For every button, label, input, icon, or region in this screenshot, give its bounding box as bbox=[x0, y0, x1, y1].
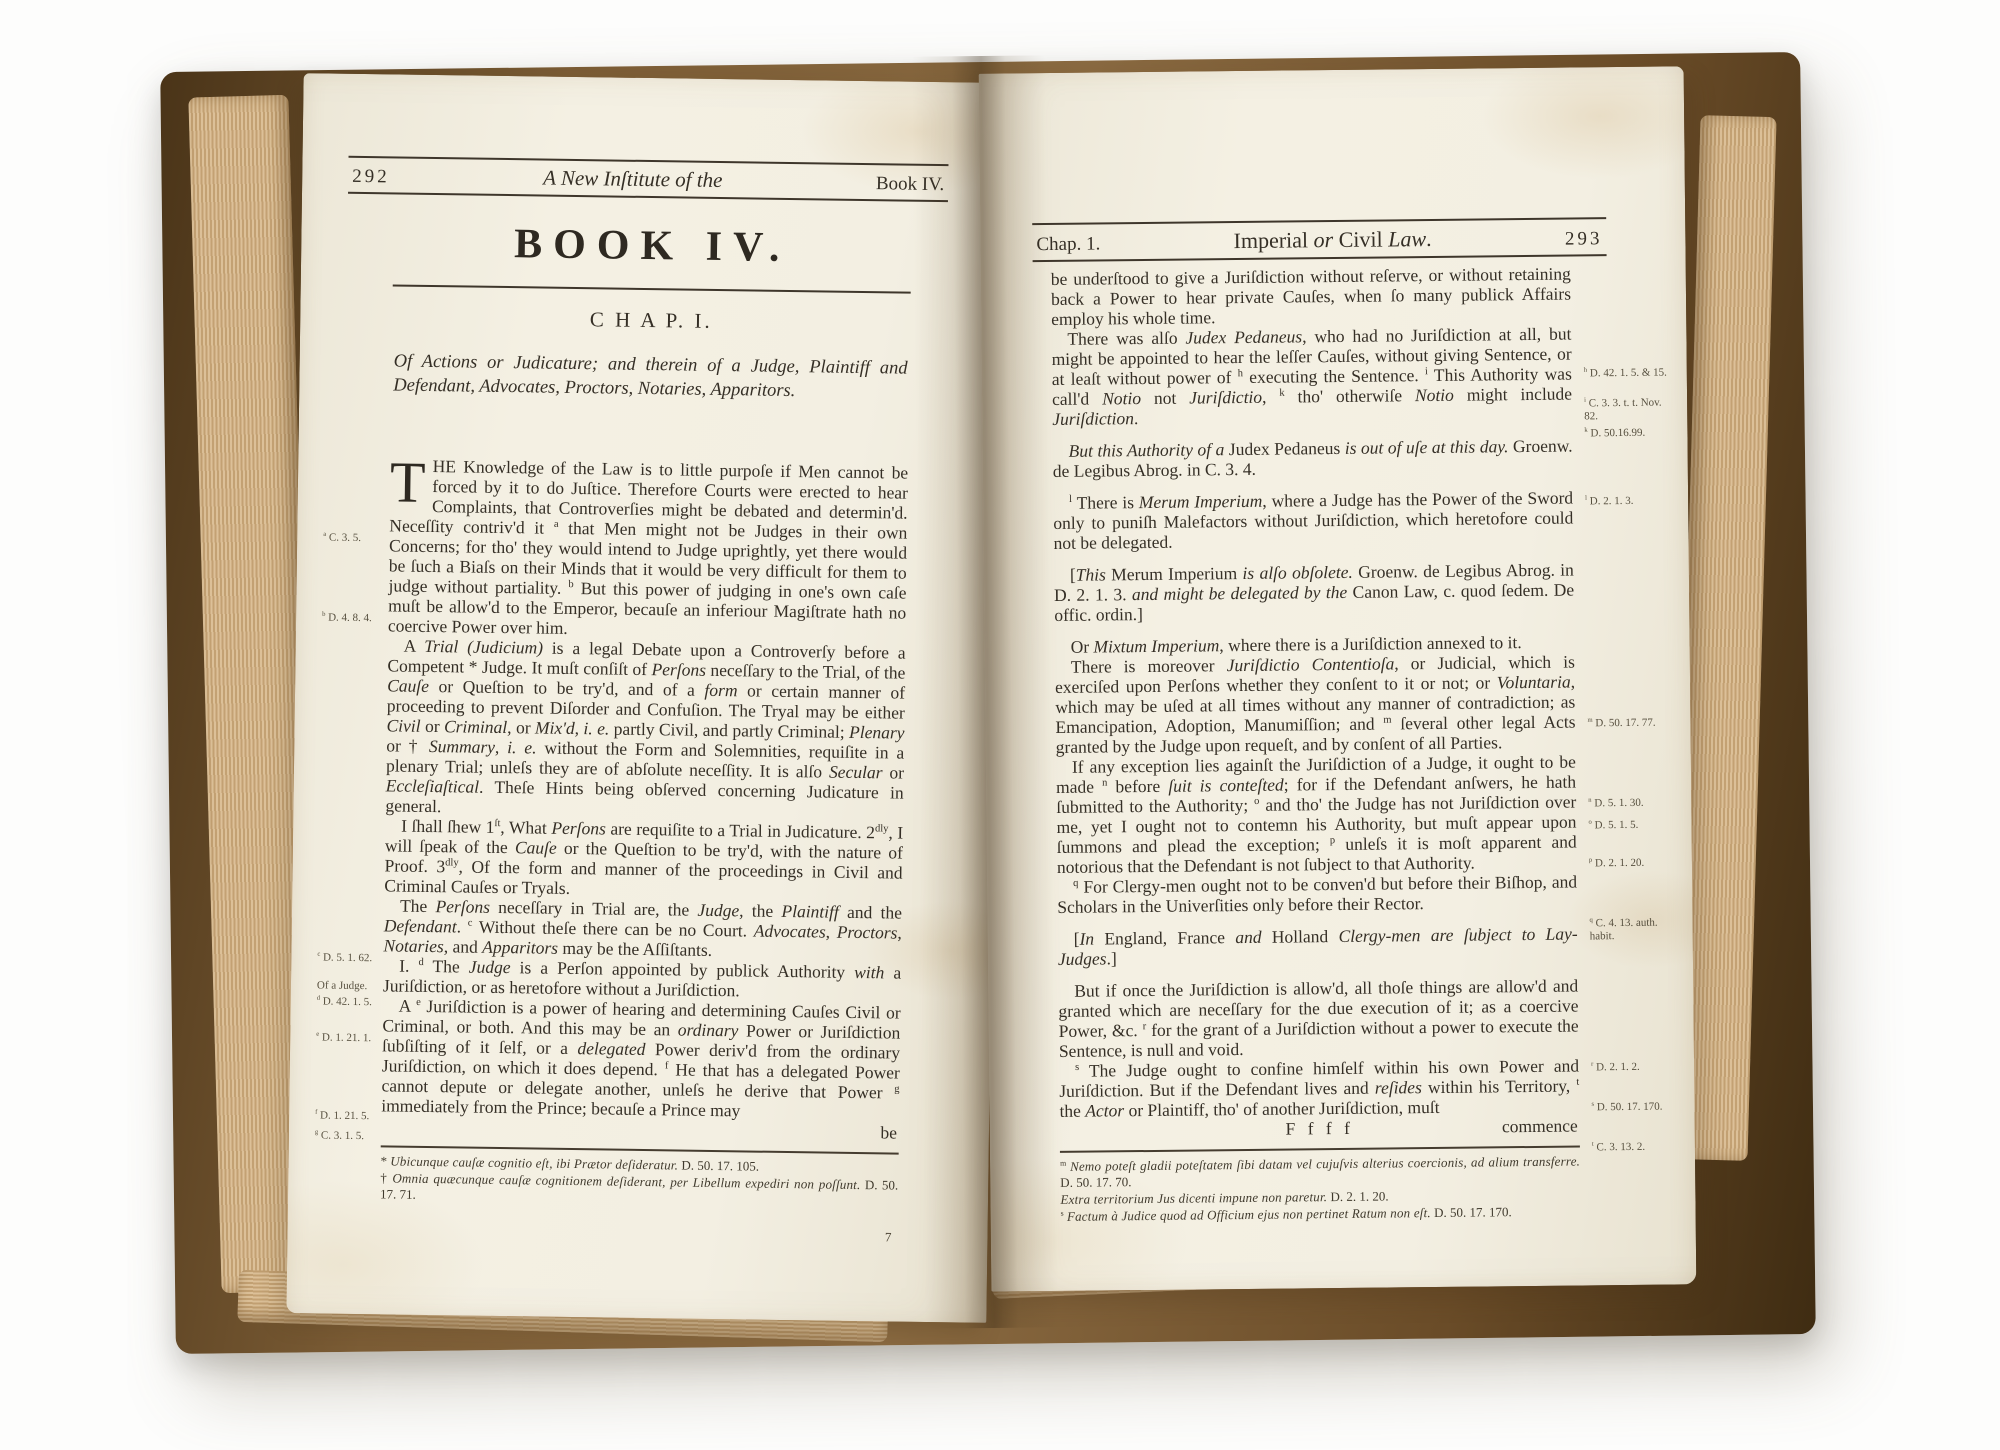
paragraph: A Trial (Judicium) is a legal Debate upo… bbox=[385, 635, 905, 822]
drop-cap: T bbox=[390, 457, 426, 511]
margin-note: l D. 2. 1. 3. bbox=[1585, 494, 1673, 508]
signature-row: F f f f commence bbox=[1060, 1115, 1580, 1140]
margin-note: o D. 5. 1. 5. bbox=[1588, 818, 1676, 832]
press-figure: 7 bbox=[885, 1229, 892, 1245]
right-chapter-label: Chap. 1. bbox=[1036, 233, 1100, 256]
book-title: BOOK IV. bbox=[393, 218, 912, 273]
paragraph: If any exception lies againſt the Juriſd… bbox=[1056, 752, 1577, 877]
book-photograph: 292 A New Inſtitute of the Book IV. a C.… bbox=[0, 0, 2000, 1450]
footnote-block: m Nemo poteſt gladii poteſtatem ſibi dat… bbox=[1060, 1145, 1581, 1224]
paragraph: l There is Merum Imperium, where a Judge… bbox=[1053, 488, 1574, 553]
left-page: 292 A New Inſtitute of the Book IV. a C.… bbox=[286, 73, 1003, 1323]
margin-note: c D. 5. 1. 62. bbox=[317, 951, 379, 965]
margin-note: b D. 4. 8. 4. bbox=[322, 611, 384, 625]
right-running-title: Imperial or Civil Law. bbox=[1233, 226, 1431, 254]
left-page-number: 292 bbox=[352, 166, 390, 189]
margin-note: h D. 42. 1. 5. & 15. bbox=[1584, 366, 1672, 380]
margin-note: e D. 1. 21. 1. bbox=[316, 1031, 378, 1045]
paragraph: q For Clergy-men ought not to be conven'… bbox=[1057, 872, 1577, 917]
paragraph: There was alſo Judex Pedaneus, who had n… bbox=[1051, 324, 1572, 429]
margin-note: m D. 50. 17. 77. bbox=[1587, 716, 1675, 730]
margin-note: r D. 2. 1. 2. bbox=[1591, 1060, 1679, 1074]
margin-note: q C. 4. 13. auth. habit. bbox=[1590, 916, 1678, 943]
paragraph: There is moreover Juriſdictio Contentioſ… bbox=[1055, 652, 1576, 757]
paragraph: But if once the Juriſdiction is allow'd,… bbox=[1058, 975, 1579, 1060]
chapter-summary: Of Actions or Judicature; and therein of… bbox=[391, 349, 910, 404]
paragraph: s The Judge ought to confine himſelf wit… bbox=[1059, 1055, 1580, 1120]
margin-note: t C. 3. 13. 2. bbox=[1592, 1140, 1680, 1154]
left-running-title: A New Inſtitute of the bbox=[543, 166, 723, 194]
left-running-head: 292 A New Inſtitute of the Book IV. bbox=[348, 156, 948, 202]
left-text-column: BOOK IV. C H A P. I. Of Actions or Judic… bbox=[380, 202, 912, 1210]
paragraph: be underſtood to give a Juriſdiction wit… bbox=[1051, 264, 1572, 329]
paragraph: [In England, France and Holland Clergy-m… bbox=[1058, 923, 1578, 968]
paragraph: [This Merum Imperium is alſo obſolete. G… bbox=[1054, 560, 1575, 625]
paragraph: THE Knowledge of the Law is to little pu… bbox=[388, 455, 908, 642]
margin-note: k D. 50.16.99. bbox=[1584, 426, 1672, 440]
paragraph: I ſhall ſhew 1ſt, What Perſons are requi… bbox=[384, 815, 903, 902]
margin-note: s D. 50. 17. 170. bbox=[1591, 1100, 1679, 1114]
footnote-block: * Ubicunque cauſæ cognitio eſt, ibi Præt… bbox=[380, 1145, 899, 1209]
paragraph: A e Juriſdiction is a power of hearing a… bbox=[381, 995, 901, 1122]
margin-note: p D. 2. 1. 20. bbox=[1589, 856, 1677, 870]
right-page: Chap. 1. Imperial or Civil Law. 293 h D.… bbox=[979, 66, 1697, 1291]
left-book-label: Book IV. bbox=[876, 173, 945, 196]
title-rule bbox=[393, 284, 911, 293]
catchword: commence bbox=[1502, 1116, 1578, 1137]
margin-note: d D. 42. 1. 5. bbox=[317, 995, 379, 1009]
footnote: † Omnia quæcunque cauſæ cognitionem deſi… bbox=[380, 1170, 898, 1209]
paragraph-text: HE Knowledge of the Law is to little pur… bbox=[388, 456, 908, 638]
right-running-head: Chap. 1. Imperial or Civil Law. 293 bbox=[1032, 217, 1606, 262]
footnote: m Nemo poteſt gladii poteſtatem ſibi dat… bbox=[1060, 1153, 1580, 1190]
right-text-column: be underſtood to give a Juriſdiction wit… bbox=[1051, 264, 1581, 1226]
margin-note: f D. 1. 21. 5. bbox=[315, 1109, 377, 1123]
chapter-heading: C H A P. I. bbox=[392, 304, 910, 336]
catchword: be bbox=[880, 1122, 897, 1142]
margin-note: a C. 3. 5. bbox=[323, 531, 385, 545]
margin-note: Of a Judge. bbox=[317, 979, 379, 993]
margin-note: g C. 3. 1. 5. bbox=[315, 1129, 377, 1143]
paragraph: The Perſons neceſſary in Trial are, the … bbox=[383, 895, 902, 962]
margin-note: i C. 3. 3. t. t. Nov. 82. bbox=[1584, 396, 1672, 423]
right-page-number: 293 bbox=[1565, 228, 1603, 250]
paragraph: But this Authority of a Judex Pedaneus i… bbox=[1052, 436, 1572, 481]
margin-note: n D. 5. 1. 30. bbox=[1588, 796, 1676, 810]
